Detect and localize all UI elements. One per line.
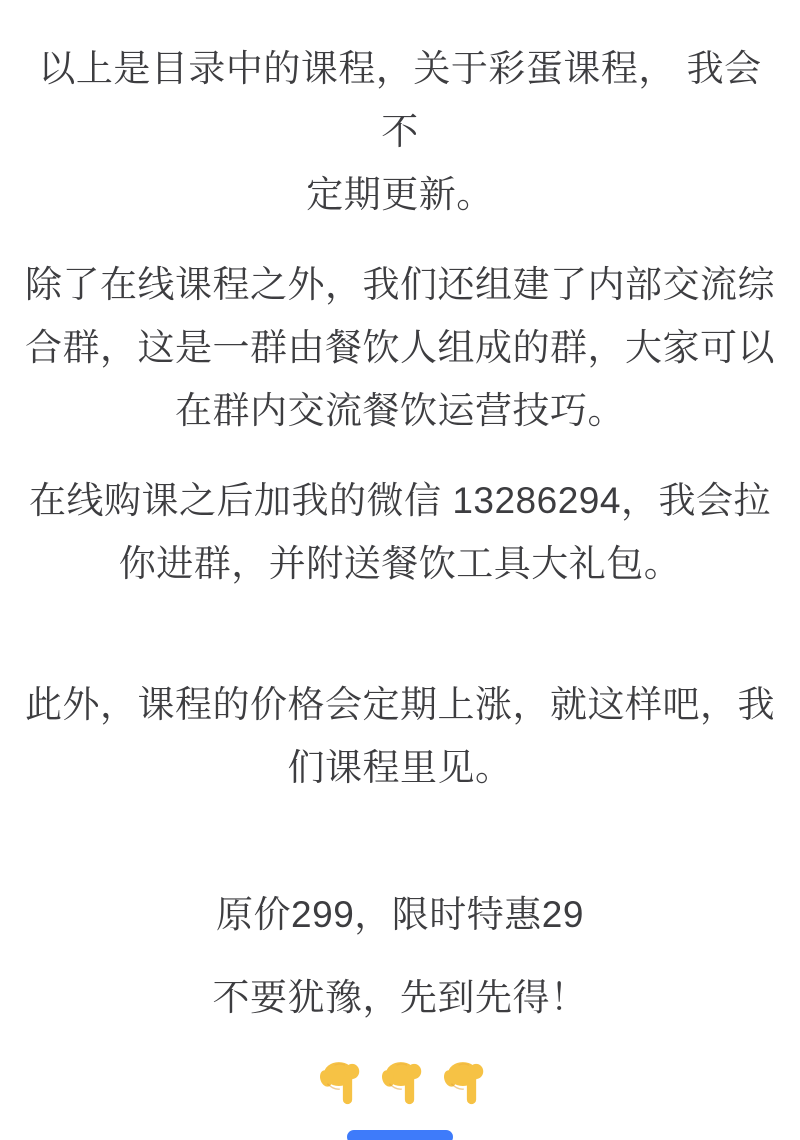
pointing-down-emoji: [439, 1056, 485, 1108]
paragraph-catalog-note: 以上是目录中的课程，关于彩蛋课程， 我会不 定期更新。: [20, 37, 780, 226]
emoji-row: [20, 1056, 780, 1108]
paragraph-price-increase: 此外，课程的价格会定期上涨，就这样吧，我 们课程里见。: [20, 673, 780, 799]
page: 以上是目录中的课程，关于彩蛋课程， 我会不 定期更新。 除了在线课程之外，我们还…: [0, 0, 800, 1140]
pointing-down-emoji: [315, 1056, 361, 1108]
paragraph-community-group: 除了在线课程之外，我们还组建了内部交流综 合群，这是一群由餐饮人组成的群，大家可…: [20, 253, 780, 442]
urgency-line: 不要犹豫，先到先得！: [20, 966, 780, 1029]
pointing-down-emoji: [377, 1056, 423, 1108]
bottom-indicator-bar: [347, 1130, 453, 1140]
price-line: 原价299，限时特惠29: [20, 883, 780, 946]
paragraph-wechat-contact: 在线购课之后加我的微信 13286294，我会拉 你进群，并附送餐饮工具大礼包。: [20, 469, 780, 595]
article-body: 以上是目录中的课程，关于彩蛋课程， 我会不 定期更新。 除了在线课程之外，我们还…: [0, 0, 800, 1108]
